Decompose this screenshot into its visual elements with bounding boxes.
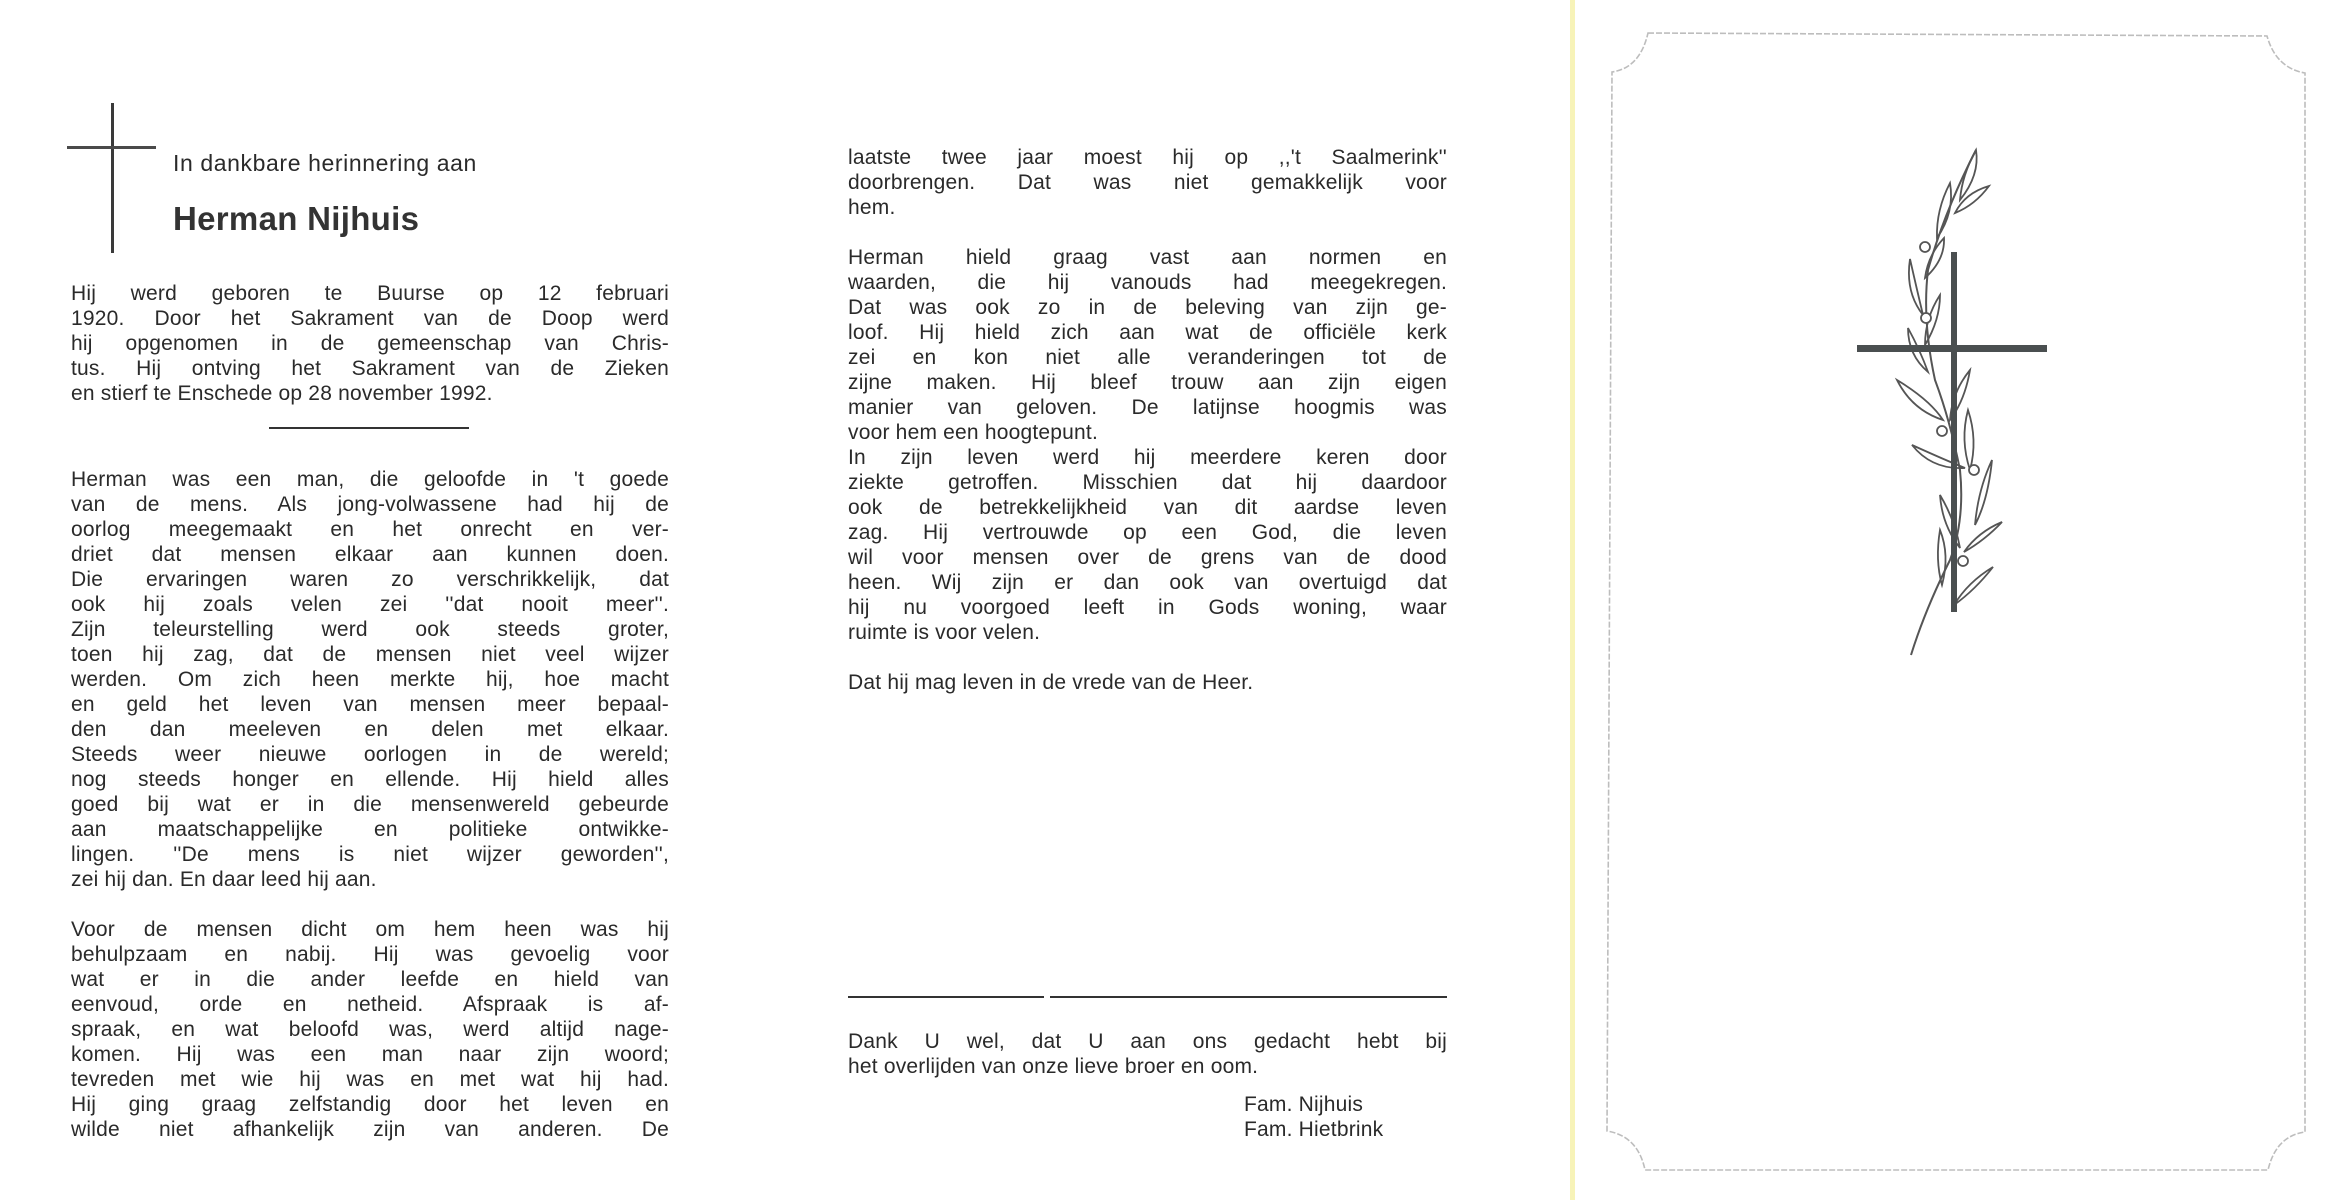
cross-with-olive-branch-icon: [1857, 150, 2047, 655]
text-line: ruimte is voor velen.: [848, 620, 1447, 645]
thanks-divider-right: [1050, 996, 1447, 998]
text-line: In zijn leven werd hij meerdere keren do…: [848, 445, 1447, 470]
thanks-text: Dank U wel, dat U aan ons gedacht hebt b…: [848, 1029, 1447, 1079]
text-line: laatste twee jaar moest hij op ,,'t Saal…: [848, 145, 1447, 170]
text-line: manier van geloven. De latijnse hoogmis …: [848, 395, 1447, 420]
text-line: ook de betrekkelijkheid van dit aardse l…: [848, 495, 1447, 520]
text-line: Herman hield graag vast aan normen en: [848, 245, 1447, 270]
text-line: hij nu voorgoed leeft in Gods woning, wa…: [848, 595, 1447, 620]
text-line: zijne maken. Hij bleef trouw aan zijn ei…: [848, 370, 1447, 395]
continuation-paragraph: laatste twee jaar moest hij op ,,'t Saal…: [848, 145, 1447, 220]
text-line: wil voor mensen over de grens van de doo…: [848, 545, 1447, 570]
text-line: Dat was ook zo in de beleving van zijn g…: [848, 295, 1447, 320]
text-line: Dat hij mag leven in de vrede van de Hee…: [848, 670, 1447, 695]
middle-page: laatste twee jaar moest hij op ,,'t Saal…: [0, 0, 1540, 1200]
thanks-divider-left: [848, 996, 1044, 998]
closing-wish: Dat hij mag leven in de vrede van de Hee…: [848, 670, 1447, 695]
text-line: hem.: [848, 195, 1447, 220]
text-line: het overlijden van onze lieve broer en o…: [848, 1054, 1447, 1079]
text-line: loof. Hij hield zich aan wat de officiël…: [848, 320, 1447, 345]
text-line: waarden, die hij vanouds had meegekregen…: [848, 270, 1447, 295]
signature-nijhuis: Fam. Nijhuis: [1244, 1092, 1363, 1117]
faith-paragraph: Herman hield graag vast aan normen enwaa…: [848, 245, 1447, 645]
decorative-frame: [1607, 33, 2305, 1170]
text-line: ziekte getroffen. Misschien dat hij daar…: [848, 470, 1447, 495]
text-line: Dank U wel, dat U aan ons gedacht hebt b…: [848, 1029, 1447, 1054]
text-line: heen. Wij zijn er dan ook van overtuigd …: [848, 570, 1447, 595]
signature-hietbrink: Fam. Hietbrink: [1244, 1117, 1383, 1142]
card-fold-edge: [1570, 0, 1575, 1200]
text-line: zei en kon niet alle veranderingen tot d…: [848, 345, 1447, 370]
text-line: voor hem een hoogtepunt.: [848, 420, 1447, 445]
text-line: doorbrengen. Dat was niet gemakkelijk vo…: [848, 170, 1447, 195]
text-line: zag. Hij vertrouwde op een God, die leve…: [848, 520, 1447, 545]
